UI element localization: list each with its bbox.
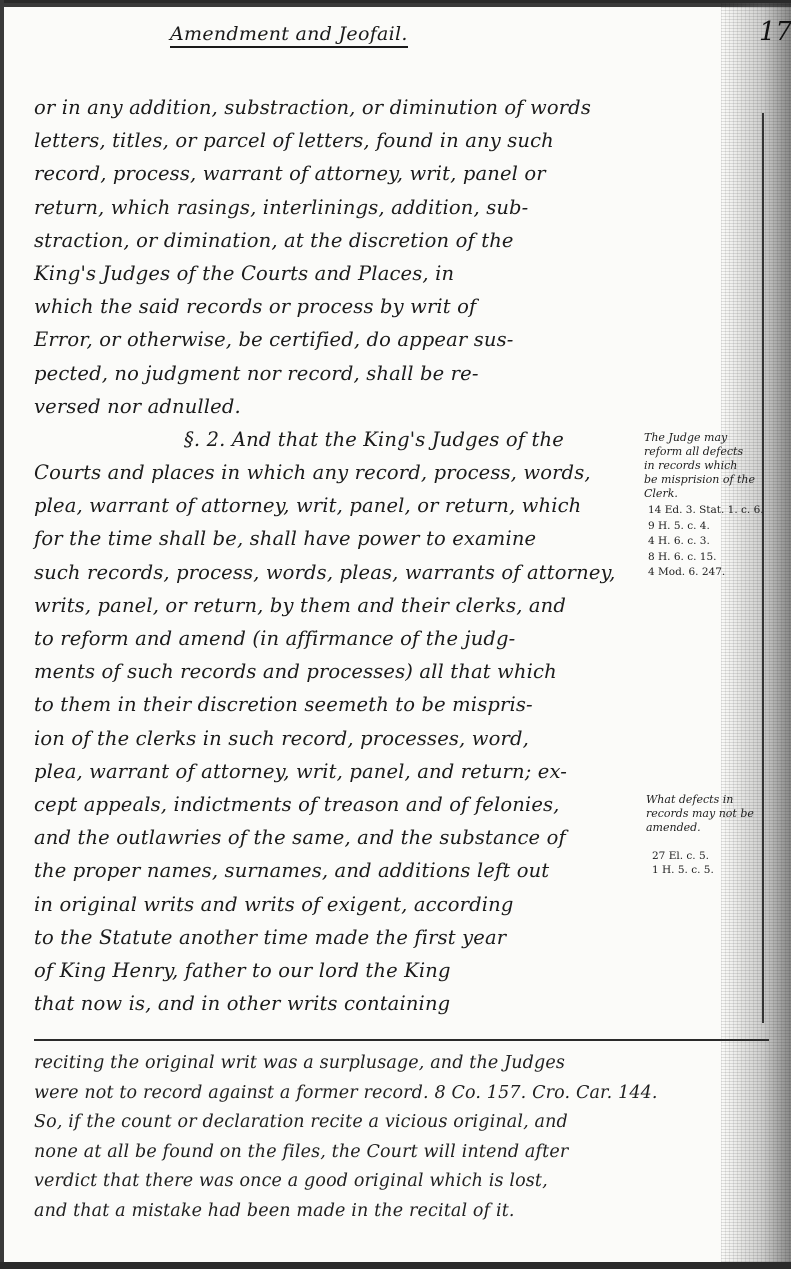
footnote-divider (34, 1039, 769, 1041)
manuscript-page: Amendment and Jeofail. 17 or in any addi… (4, 3, 791, 1262)
scan-edge-top (4, 3, 791, 7)
text-line: record, process, warrant of attorney, wr… (34, 157, 654, 190)
text-line: or in any addition, substraction, or dim… (34, 91, 654, 124)
margin-note-line: be misprision of the (644, 473, 764, 487)
text-line: which the said records or process by wri… (34, 290, 654, 323)
text-line: the proper names, surnames, and addition… (34, 854, 654, 887)
text-line: ments of such records and processes) all… (34, 655, 654, 688)
text-line: to the Statute another time made the fir… (34, 921, 654, 954)
text-line: return, which rasings, interlinings, add… (34, 191, 654, 224)
text-line: King's Judges of the Courts and Places, … (34, 257, 654, 290)
text-line: of King Henry, father to our lord the Ki… (34, 954, 654, 987)
text-line: pected, no judgment nor record, shall be… (34, 357, 654, 390)
margin-note-line: in records which (644, 459, 764, 473)
margin-note-line: The Judge may (644, 431, 764, 445)
margin-citations-2: 27 El. c. 5. 1 H. 5. c. 5. (652, 849, 772, 877)
running-head-title: Amendment and Jeofail. (170, 23, 408, 48)
main-text: or in any addition, substraction, or dim… (34, 91, 654, 1020)
footnote-line: were not to record against a former reco… (34, 1079, 774, 1109)
footnote-line: verdict that there was once a good origi… (34, 1167, 774, 1197)
margin-note-line: amended. (646, 821, 766, 835)
margin-note-line: Clerk. (644, 487, 764, 501)
section-heading-line: §. 2. And that the King's Judges of the (34, 423, 654, 456)
footnote-line: none at all be found on the files, the C… (34, 1138, 774, 1168)
footnote-line: So, if the count or declaration recite a… (34, 1108, 774, 1138)
margin-note-line: records may not be (646, 807, 766, 821)
text-line: writs, panel, or return, by them and the… (34, 589, 654, 622)
text-line: and the outlawries of the same, and the … (34, 821, 654, 854)
citation: 27 El. c. 5. (652, 849, 772, 863)
citation: 8 H. 6. c. 15. (648, 550, 768, 566)
text-line: to reform and amend (in affirmance of th… (34, 622, 654, 655)
citation: 14 Ed. 3. Stat. 1. c. 6. (648, 503, 768, 519)
text-line: letters, titles, or parcel of letters, f… (34, 124, 654, 157)
footnote-text: reciting the original writ was a surplus… (34, 1049, 774, 1226)
text-line: in original writs and writs of exigent, … (34, 888, 654, 921)
margin-note-line: What defects in (646, 793, 766, 807)
scan-edge-left (0, 0, 4, 1269)
text-line: versed nor adnulled. (34, 390, 654, 423)
margin-note-judge-may-reform: The Judge may reform all defects in reco… (644, 431, 764, 501)
footnote-line: reciting the original writ was a surplus… (34, 1049, 774, 1079)
footnote-line: and that a mistake had been made in the … (34, 1197, 774, 1227)
text-line: Courts and places in which any record, p… (34, 456, 654, 489)
text-line: plea, warrant of attorney, writ, panel, … (34, 489, 654, 522)
citation: 4 H. 6. c. 3. (648, 534, 768, 550)
margin-note-line: reform all defects (644, 445, 764, 459)
text-line: plea, warrant of attorney, writ, panel, … (34, 755, 654, 788)
citation: 9 H. 5. c. 4. (648, 519, 768, 535)
text-line: straction, or dimination, at the discret… (34, 224, 654, 257)
text-line: to them in their discretion seemeth to b… (34, 688, 654, 721)
text-line: such records, process, words, pleas, war… (34, 556, 654, 589)
citation: 1 H. 5. c. 5. (652, 863, 772, 877)
citation: 4 Mod. 6. 247. (648, 565, 768, 581)
text-line: ion of the clerks in such record, proces… (34, 722, 654, 755)
margin-note-defects-not-amended: What defects in records may not be amend… (646, 793, 766, 835)
text-line: Error, or otherwise, be certified, do ap… (34, 323, 654, 356)
margin-citations-1: 14 Ed. 3. Stat. 1. c. 6. 9 H. 5. c. 4. 4… (648, 503, 768, 581)
text-line: for the time shall be, shall have power … (34, 522, 654, 555)
text-line: cept appeals, indictments of treason and… (34, 788, 654, 821)
scan-edge-bottom (0, 1262, 791, 1269)
page-number: 17 (759, 17, 791, 47)
text-line: that now is, and in other writs containi… (34, 987, 654, 1020)
